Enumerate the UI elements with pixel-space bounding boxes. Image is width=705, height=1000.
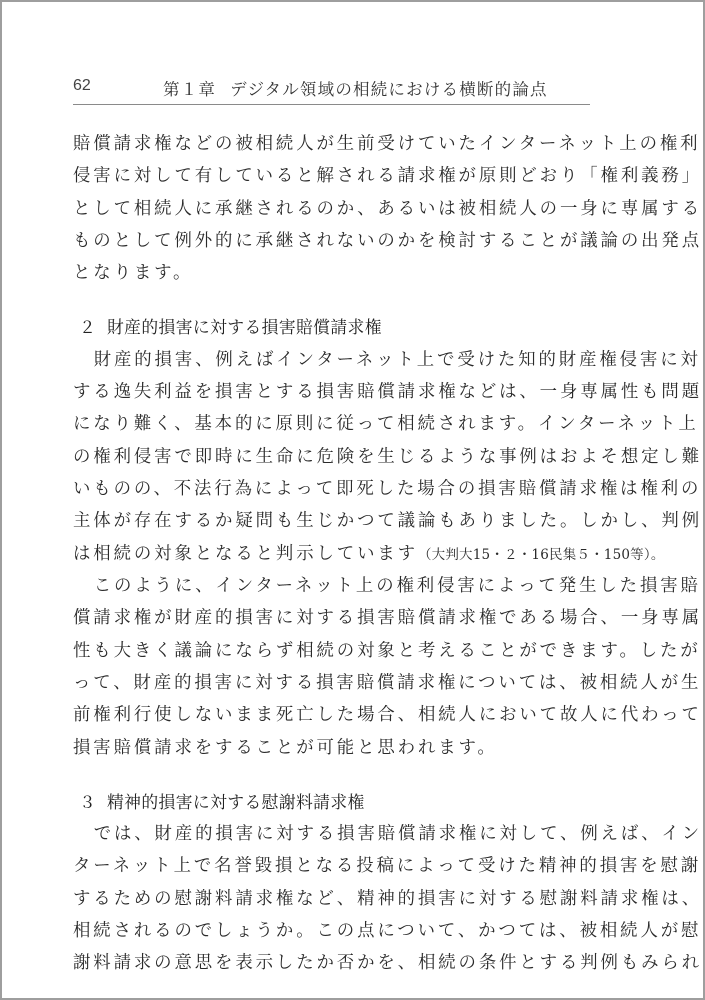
text-line: 償請求権が財産的損害に対する損害賠償請求権である場合、一身専属 xyxy=(73,602,603,634)
section-spacer xyxy=(73,290,603,312)
text-line: 賠償請求権などの被相続人が生前受けていたインターネット上の権利 xyxy=(73,128,603,160)
section-number: ２ xyxy=(73,311,107,343)
running-header: 62 第１章デジタル領域の相続における横断的論点 xyxy=(73,74,590,102)
text-line: ターネット上で名誉毀損となる投稿によって受けた精神的損害を慰謝 xyxy=(73,850,603,882)
intro-paragraph: 賠償請求権などの被相続人が生前受けていたインターネット上の権利 侵害に対して有し… xyxy=(73,128,603,290)
text-line: として相続人に承継されるのか、あるいは被相続人の一身に専属する xyxy=(73,193,603,225)
text-line: 謝料請求の意思を表示したか否かを、相続の条件とする判例もみられ xyxy=(73,947,603,979)
chapter-title-text: デジタル領域の相続における横断的論点 xyxy=(230,80,548,99)
text-line: ものとして例外的に承継されないのかを検討することが議論の出発点 xyxy=(73,225,603,257)
chapter-title: 第１章デジタル領域の相続における横断的論点 xyxy=(163,76,548,100)
text-line: の権利侵害で即時に生命に危険を生じるような事例はおよそ想定し難 xyxy=(73,441,603,473)
document-page: 62 第１章デジタル領域の相続における横断的論点 賠償請求権などの被相続人が生前… xyxy=(0,0,705,1000)
section-heading-2: ２財産的損害に対する損害賠償請求権 xyxy=(73,311,603,343)
text-line: となります。 xyxy=(73,257,603,289)
section-title: 財産的損害に対する損害賠償請求権 xyxy=(107,317,382,337)
chapter-label: 第１章 xyxy=(163,80,216,99)
case-citation: （大判大15・２・16民集５・150等）。 xyxy=(418,547,665,563)
section-number: ３ xyxy=(73,786,107,818)
text-line: 侵害に対して有していると解される請求権が原則どおり「権利義務」 xyxy=(73,160,603,192)
section-2-paragraph-1: 財産的損害、例えばインターネット上で受けた知的財産権侵害に対 する逸失利益を損害… xyxy=(73,344,603,570)
section-title: 精神的損害に対する慰謝料請求権 xyxy=(107,792,365,812)
text-line: 相続されるのでしょうか。この点について、かつては、被相続人が慰 xyxy=(73,915,603,947)
text-line: 性も大きく議論にならず相続の対象と考えることができます。したが xyxy=(73,635,603,667)
section-2-paragraph-2: このように、インターネット上の権利侵害によって発生した損害賠 償請求権が財産的損… xyxy=(73,570,603,764)
text-line: では、財産的損害に対する損害賠償請求権に対して、例えば、イン xyxy=(73,818,603,850)
header-rule xyxy=(73,104,590,105)
text-line: 損害賠償請求をすることが可能と思われます。 xyxy=(73,732,603,764)
text-line: このように、インターネット上の権利侵害によって発生した損害賠 xyxy=(73,570,603,602)
text-line: するための慰謝料請求権など、精神的損害に対する慰謝料請求権は、 xyxy=(73,883,603,915)
section-heading-3: ３精神的損害に対する慰謝料請求権 xyxy=(73,786,603,818)
text-line: 前権利行使しないまま死亡した場合、相続人において故人に代わって xyxy=(73,699,603,731)
text-line: いものの、不法行為によって即死した場合の損害賠償請求権は権利の xyxy=(73,473,603,505)
page-number: 62 xyxy=(73,77,91,95)
text-line: になり難く、基本的に原則に従って相続されます。インターネット上 xyxy=(73,408,603,440)
text-line: は相続の対象となると判示しています（大判大15・２・16民集５・150等）。 xyxy=(73,538,603,570)
text-line: 主体が存在するか疑問も生じかつて議論もありました。しかし、判例 xyxy=(73,505,603,537)
section-3-paragraph-1: では、財産的損害に対する損害賠償請求権に対して、例えば、イン ターネット上で名誉… xyxy=(73,818,603,980)
section-spacer xyxy=(73,764,603,786)
text-line: って、財産的損害に対する損害賠償請求権については、被相続人が生 xyxy=(73,667,603,699)
text-segment: は相続の対象となると判示しています xyxy=(73,544,418,564)
text-line: 財産的損害、例えばインターネット上で受けた知的財産権侵害に対 xyxy=(73,344,603,376)
text-line: する逸失利益を損害とする損害賠償請求権などは、一身専属性も問題 xyxy=(73,376,603,408)
page-body: 賠償請求権などの被相続人が生前受けていたインターネット上の権利 侵害に対して有し… xyxy=(73,128,603,980)
